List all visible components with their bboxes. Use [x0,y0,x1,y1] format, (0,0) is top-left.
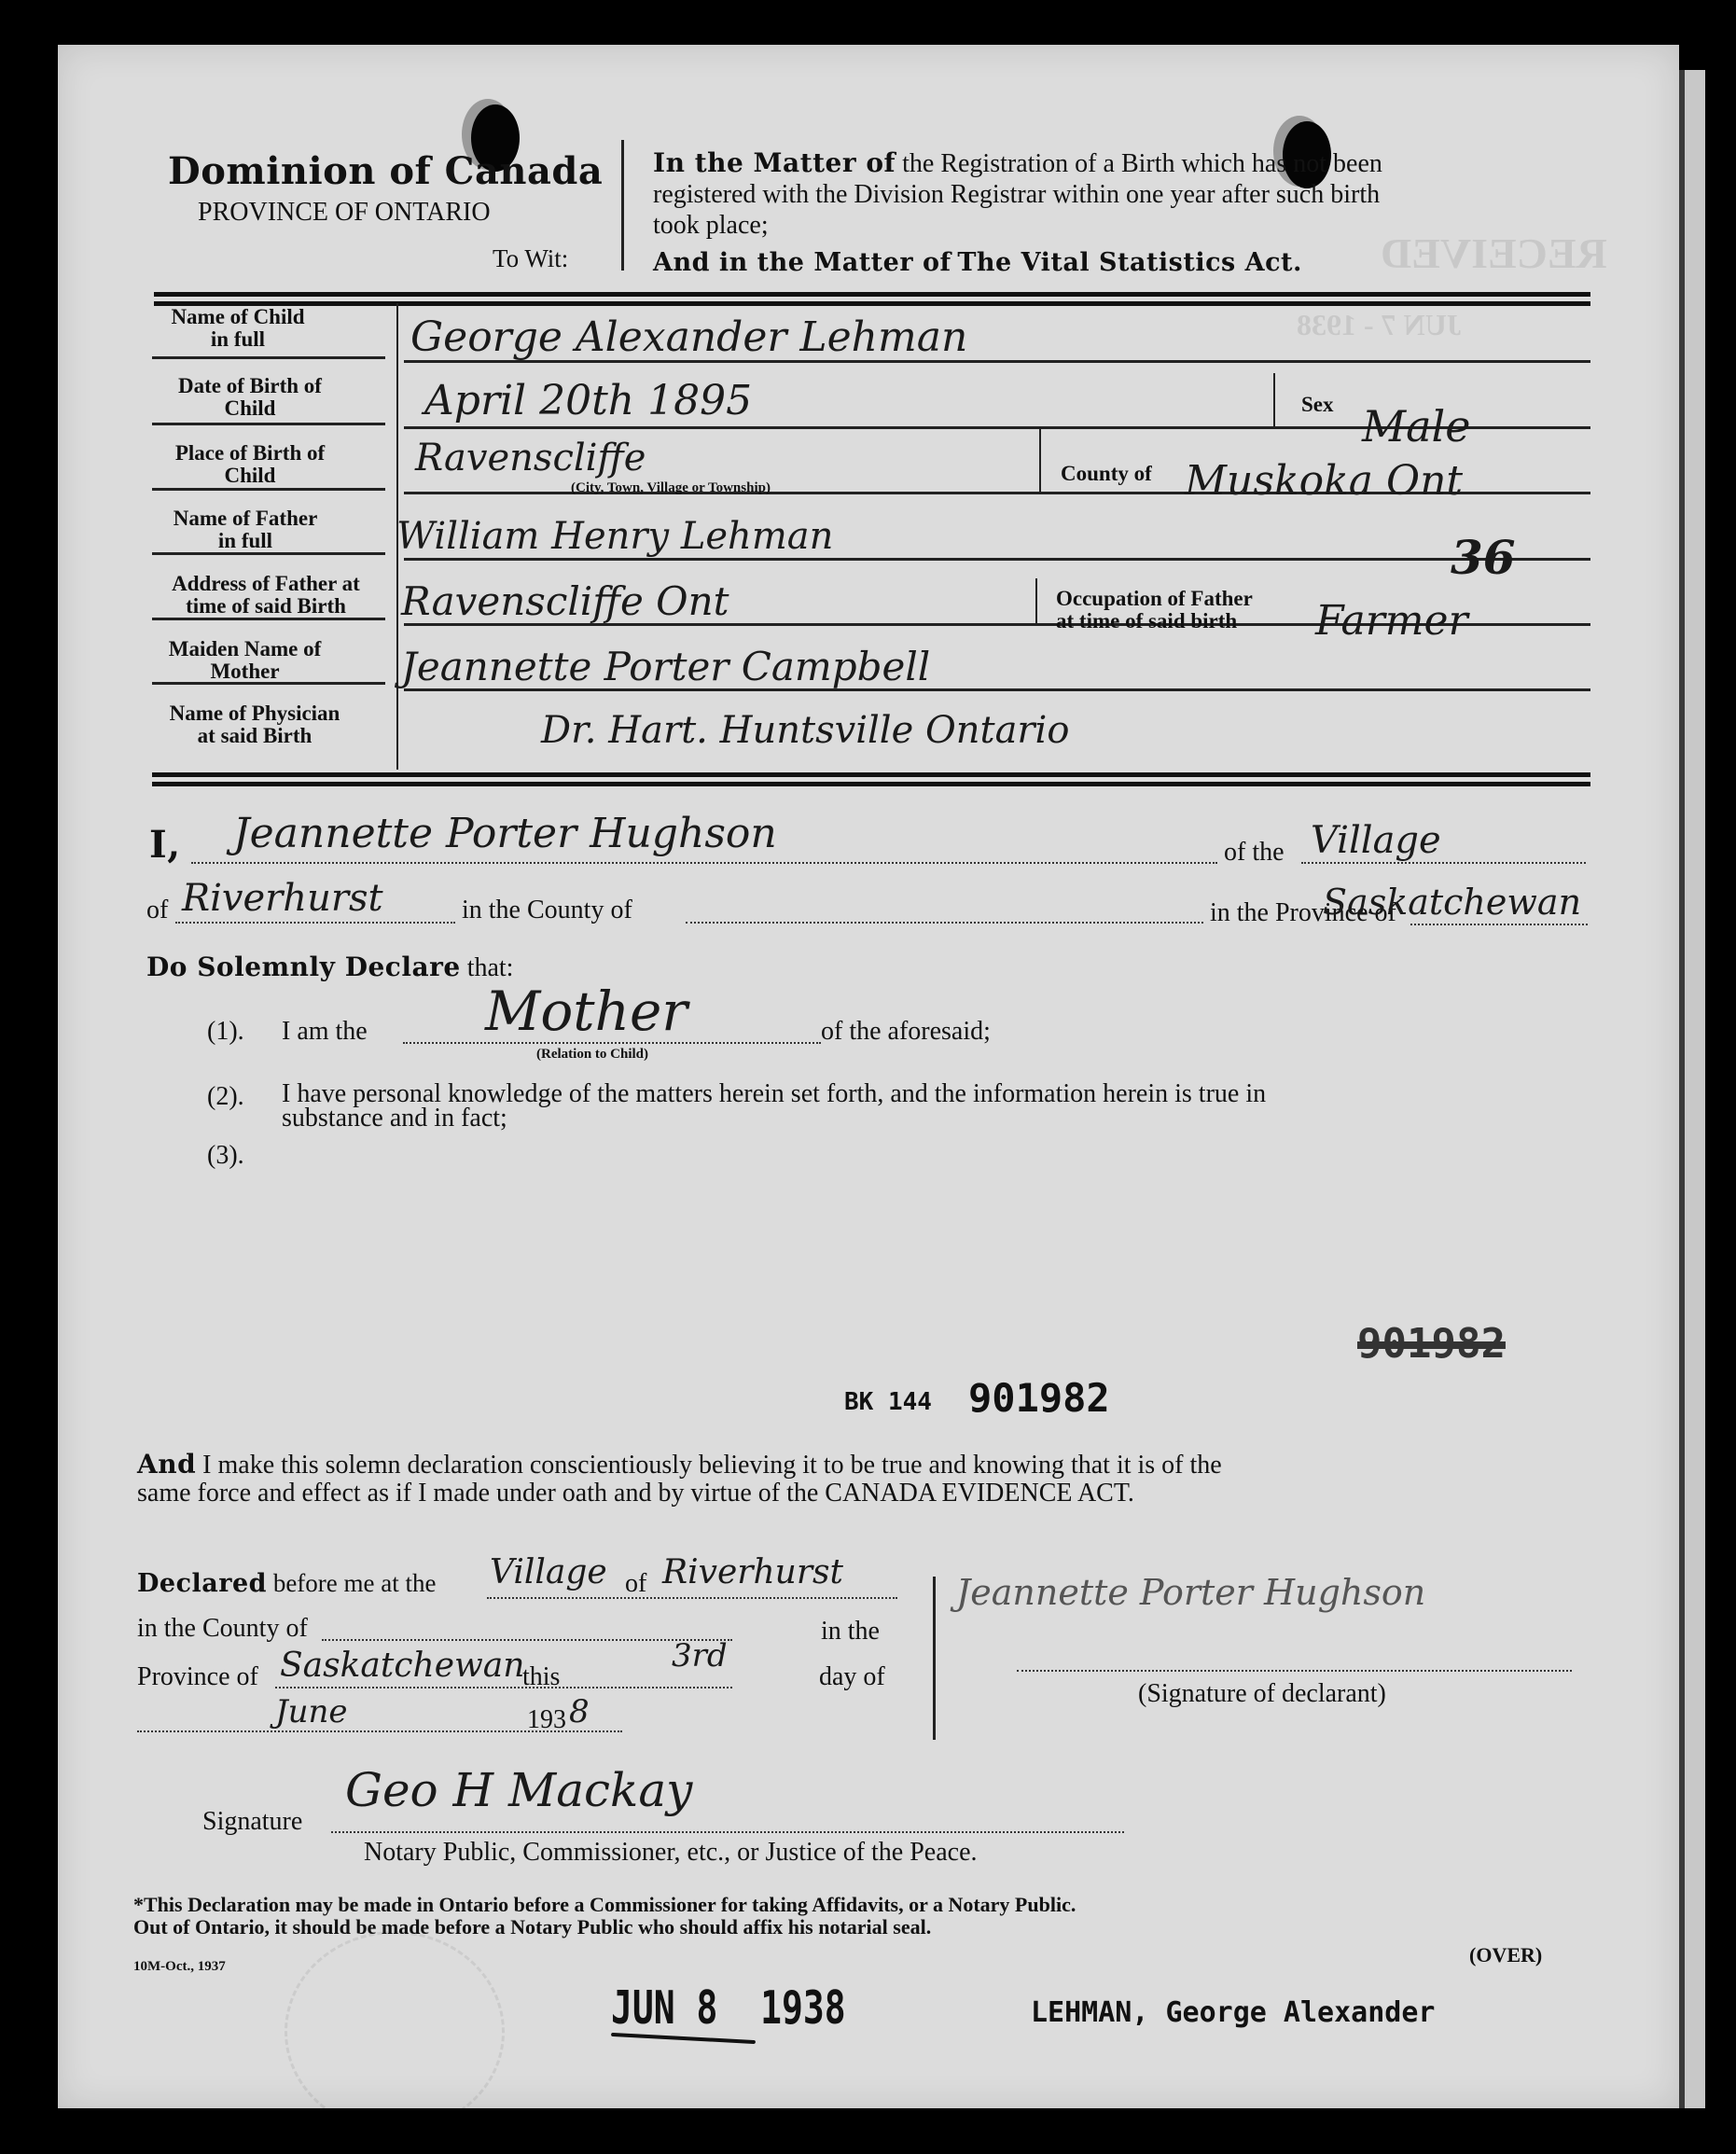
label-child-name: Name of Childin full [154,306,322,351]
struck-number: 901982 [1357,1320,1506,1368]
notary-signature: Geo H Mackay [345,1763,692,1817]
declarant-name-value: Jeannette Porter Hughson [233,810,777,857]
declared-province-dotted-line [275,1687,732,1688]
sex-divider [1273,373,1275,427]
father-age-value: 36 [1451,530,1516,585]
row-rule [152,618,385,620]
declared-place-dotted-line [487,1597,897,1599]
physician-value: Dr. Hart. Huntsville Ontario [541,709,1069,752]
declared-day-of: day of [819,1662,885,1692]
item2-text: I have personal knowledge of the matters… [282,1082,1588,1131]
over-marker: (OVER) [1469,1943,1542,1967]
declared-place-type: Village [490,1553,607,1591]
label-county: County of [1061,463,1152,485]
declared-day-value: 3rd [672,1637,728,1675]
footer-note: *This Declaration may be made in Ontario… [133,1894,1076,1939]
dominion-title: Dominion of Canada [168,149,603,193]
locality-value: Riverhurst [182,877,383,920]
father-address-value: Ravenscliffe Ont [401,578,729,624]
form-code: 10M-Oct., 1937 [133,1959,226,1975]
row-rule [152,356,385,359]
locality-dotted-line [175,922,455,924]
declarant-signature-dotted-line [1017,1670,1572,1672]
index-name: LEHMAN, George Alexander [1031,1996,1435,2029]
declared-province-value: Saskatchewan [280,1647,524,1685]
county-dotted-line [686,922,1203,924]
declared-year-suffix: 8 [569,1693,590,1730]
province-title: PROVINCE OF ONTARIO [198,198,491,228]
seal-embossing [285,1931,505,2133]
declarant-dotted-line [191,862,1217,864]
label-father-address: Address of Father attime of said Birth [149,573,382,618]
of-text: of [146,896,168,925]
to-wit: To Wit: [493,244,568,273]
label-physician: Name of Physicianat said Birth [147,702,362,747]
in-county-of-text: in the County of [462,896,632,925]
declared-this: this [522,1662,560,1692]
label-sex: Sex [1301,394,1334,416]
occupation-divider [1035,578,1037,625]
declarant-signature: Jeannette Porter Hughson [956,1572,1425,1613]
closing-paragraph: And I make this solemn declaration consc… [137,1451,1592,1508]
matter-lead: In the Matter of [653,147,896,178]
label-birth-place: Place of Birth ofChild [152,442,348,487]
label-father-occupation: Occupation of Fatherat time of said birt… [1056,588,1253,632]
item2-number: (2). [207,1082,244,1112]
matter-paragraph: In the Matter of the Registration of a B… [653,147,1595,241]
declared-lead: Declared [137,1569,267,1598]
declared-month-value: June [275,1693,348,1730]
county-divider [1039,429,1041,493]
closing-text-1: I make this solemn declaration conscient… [202,1451,1222,1480]
item3-number: (3). [207,1141,244,1171]
declared-in-the: in the [821,1617,880,1647]
solemnly-declare-line: Do Solemnly Declare that: [146,952,513,983]
declared-of: of [625,1569,646,1599]
matter-text-1: the Registration of a Birth which has no… [902,149,1382,178]
closing-and: And [137,1449,196,1480]
mother-maiden-value: Jeannette Porter Campbell [401,644,930,689]
declaration-i: I, [149,823,181,867]
matter2-lead: And in the Matter of [653,248,951,277]
declared-in-county: in the County of [137,1614,308,1644]
footer-note-2: Out of Ontario, it should be made before… [133,1915,931,1939]
child-name-value: George Alexander Lehman [410,313,967,361]
row-rule [152,552,385,555]
table-bottom-double-rule [152,772,1590,786]
header-double-rule [154,292,1590,306]
declared-line: Declared before me at the [137,1569,436,1598]
birth-date-value: April 20th 1895 [424,377,752,424]
notary-signature-label: Signature [202,1807,302,1837]
matter-text-3: took place; [653,211,769,240]
footer-note-1: *This Declaration may be made in Ontario… [133,1893,1076,1916]
value-rule [404,558,1590,561]
signature-brace [933,1577,936,1740]
declarant-signature-caption: (Signature of declarant) [1138,1679,1386,1709]
declared-county-dotted-line [322,1639,732,1641]
before-me-text: before me at the [273,1569,437,1597]
father-name-value: William Henry Lehman [396,515,833,558]
sex-value: Male [1362,401,1470,452]
notary-caption: Notary Public, Commissioner, etc., or Ju… [364,1838,978,1868]
birth-place-value: Ravenscliffe [415,437,646,479]
row-rule [152,423,385,425]
province-dotted-line [1410,924,1588,925]
registration-number: 901982 [968,1375,1110,1421]
declarant-province-value: Saskatchewan [1323,882,1581,923]
row-rule [152,488,385,491]
matter2-act: The Vital Statistics Act. [957,248,1302,277]
county-value: Muskoka Ont [1185,457,1463,505]
page-edge [1679,70,1705,2108]
matter2-line: And in the Matter of The Vital Statistic… [653,248,1302,277]
received-date-ghost: JUN 7 - 1938 [1297,308,1462,342]
row-rule [152,682,385,685]
of-the-text: of the [1224,838,1285,868]
notary-signature-dotted-line [331,1831,1124,1833]
place-type-value: Village [1311,819,1441,862]
item1-number: (1). [207,1017,244,1047]
relation-hint: (Relation to Child) [536,1047,648,1063]
matter-text-2: registered with the Division Registrar w… [653,180,1380,209]
label-birth-date: Date of Birth ofChild [152,375,348,420]
birth-place-hint: (City, Town, Village or Township) [571,480,771,496]
header-brace [621,140,624,271]
label-father-name: Name of Fatherin full [152,507,339,552]
closing-text-2: same force and effect as if I made under… [137,1479,1134,1508]
solemnly-lead: Do Solemnly Declare [146,952,461,982]
relation-value: Mother [485,980,687,1043]
book-number: BK 144 [844,1388,932,1416]
declared-locality: Riverhurst [662,1553,843,1591]
declared-year-prefix: 193 [527,1705,566,1735]
solemnly-that: that: [467,953,514,982]
item1-post: of the aforesaid; [821,1017,991,1047]
declared-province-of: Province of [137,1662,258,1692]
place-type-dotted-line [1301,862,1586,864]
father-occupation-value: Farmer [1315,597,1468,645]
item1-pre: I am the [282,1017,368,1047]
received-date-stamp: JUN 8 1938 [611,1980,846,2034]
label-mother-maiden: Maiden Name ofMother [149,638,340,683]
